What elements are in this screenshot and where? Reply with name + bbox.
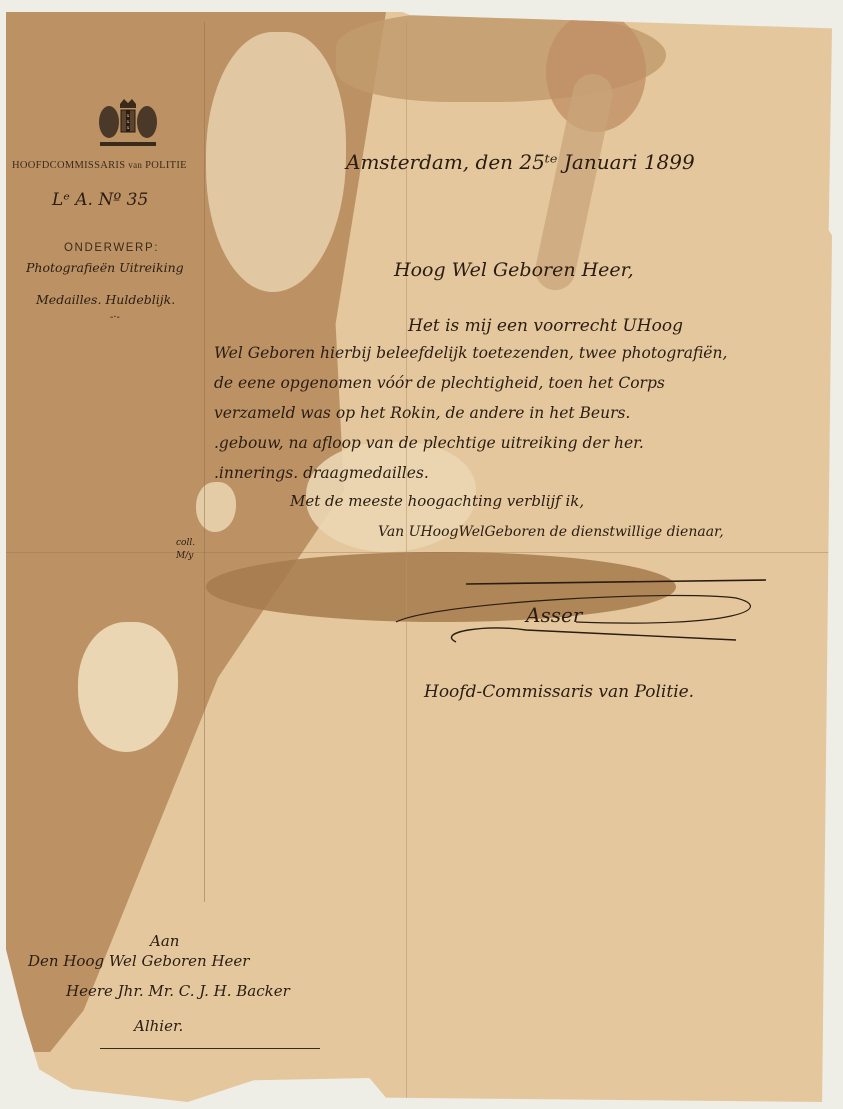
signature-title: Hoofd-Commissaris van Politie. (424, 682, 694, 702)
address-line-3: Heere Jhr. Mr. C. J. H. Backer (66, 982, 290, 1000)
body-line: Het is mij een voorrecht UHoog (408, 316, 683, 336)
body-line: de eene opgenomen vóór de plechtigheid, … (214, 374, 665, 392)
letter-paper: x x x HOOFDCOMMISSARIS van POLITIE Lᵉ A.… (6, 12, 832, 1102)
subject-line-2: Medailles. Huldeblijk. (36, 292, 175, 307)
subject-label: ONDERWERP: (64, 242, 159, 254)
address-underline (100, 1048, 320, 1049)
fold-line-vertical (406, 22, 407, 1102)
margin-line (204, 22, 205, 902)
body-line: .gebouw, na afloop van de plechtige uitr… (214, 434, 644, 452)
subject-line-1: Photografieën Uitreiking (26, 260, 184, 275)
subject-mark: -·- (110, 312, 120, 323)
date-line: Amsterdam, den 25ᵗᵉ Januari 1899 (346, 150, 695, 174)
salutation: Hoog Wel Geboren Heer, (394, 259, 634, 281)
body-line: .innerings. draagmedailles. (214, 464, 429, 482)
reference-number: Lᵉ A. Nº 35 (52, 190, 148, 210)
svg-text:x: x (127, 125, 130, 131)
closing-line: Met de meeste hoogachting verblijf ik, (290, 492, 584, 510)
address-line-1: Aan (150, 932, 179, 950)
fold-line-horizontal (6, 552, 832, 553)
letterhead-title: HOOFDCOMMISSARIS van POLITIE (12, 160, 187, 171)
body-line: verzameld was op het Rokin, de andere in… (214, 404, 630, 422)
address-line-4: Alhier. (134, 1017, 183, 1035)
address-line-2: Den Hoog Wel Geboren Heer (28, 952, 249, 970)
svg-text:Asser: Asser (524, 603, 584, 627)
closing-line: Van UHoogWelGeboren de dienstwillige die… (378, 524, 724, 540)
body-line: Wel Geboren hierbij beleefdelijk toeteze… (214, 344, 727, 362)
margin-note: coll. M/y (176, 537, 195, 563)
coat-of-arms-icon: x x x (94, 98, 162, 150)
signature-flourish: Asser (376, 572, 776, 662)
